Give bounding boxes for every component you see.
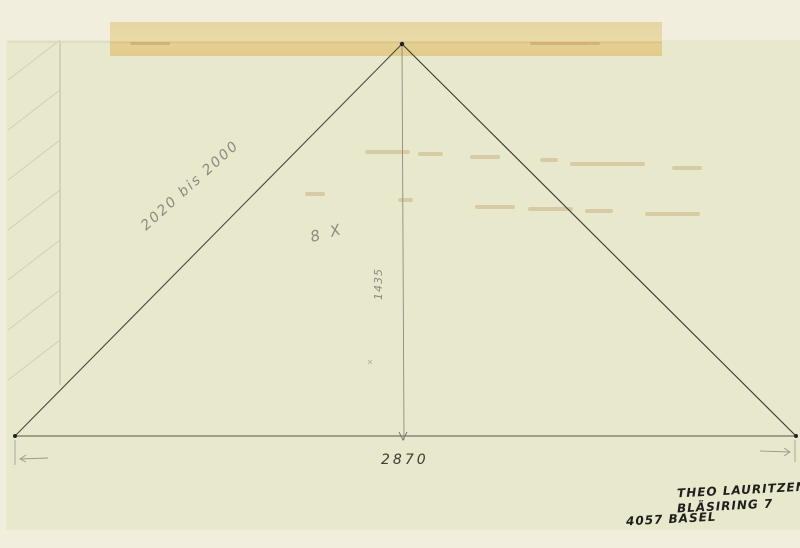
cross-mark — [368, 360, 372, 364]
base-dimension-label: 2870 — [381, 452, 429, 468]
arrow-left-icon — [20, 455, 48, 462]
right-slope-line — [402, 44, 796, 436]
base-right-point — [794, 434, 798, 438]
height-dimension-label: 1435 — [372, 268, 385, 300]
hatch-lines — [8, 40, 60, 380]
apex-point — [400, 42, 404, 46]
left-slope-line — [15, 44, 402, 436]
height-line — [402, 44, 404, 440]
base-left-point — [13, 434, 17, 438]
arrow-right-icon — [760, 448, 790, 456]
